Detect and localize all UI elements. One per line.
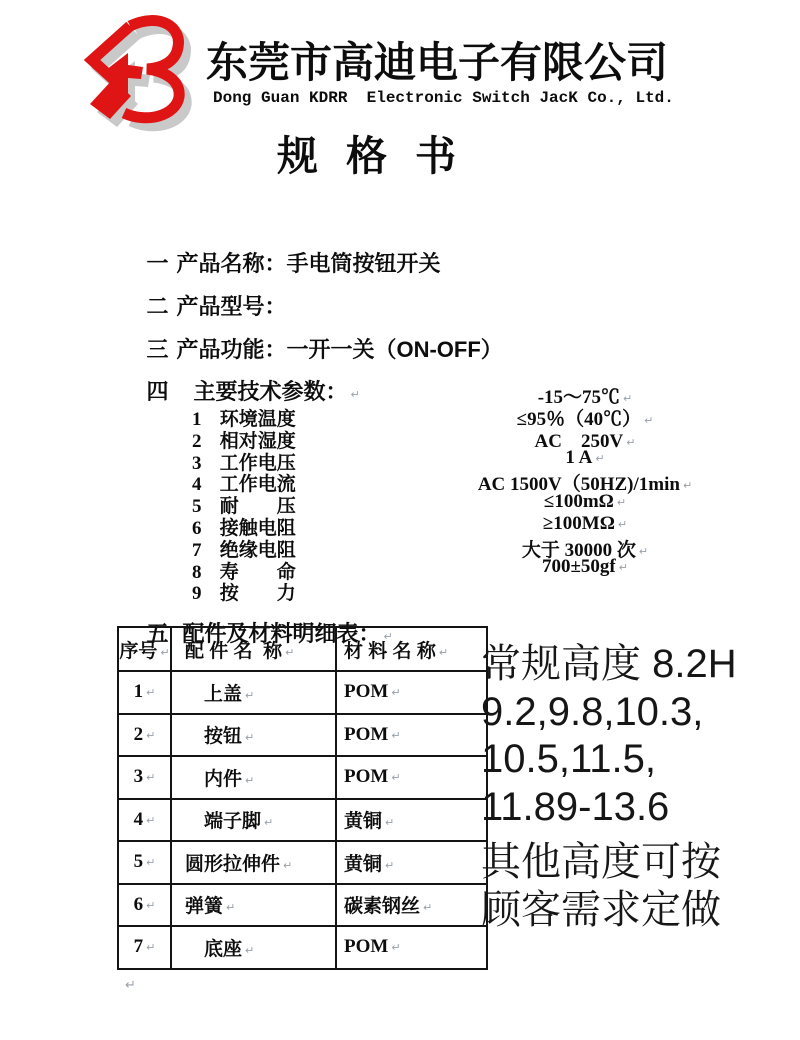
cell-part: 端子脚↵	[171, 799, 336, 842]
cell-text: POM	[344, 724, 388, 745]
paragraph-mark: ↵	[245, 944, 254, 957]
paragraph-mark: ↵	[391, 771, 400, 784]
cell-no: 1↵	[118, 671, 171, 714]
parts-materials-table: 序号↵ 配 件 名 称↵ 材 料 名 称↵ 1↵ 上盖↵ POM↵ 2↵ 按钮↵…	[117, 626, 488, 970]
cell-part: 按钮↵	[171, 714, 336, 757]
cell-text: 5	[134, 851, 144, 872]
paragraph-mark: ↵	[226, 901, 235, 914]
param-row: 7绝缘电阻 ≥100MΩ↵	[158, 513, 758, 535]
note-line: 10.5,11.5,	[481, 736, 781, 784]
table-row: 4↵ 端子脚↵ 黄铜↵	[118, 799, 487, 842]
note-line: 其他高度可按	[481, 839, 781, 887]
cell-part: 底座↵	[171, 926, 336, 969]
paragraph-mark: ↵	[618, 518, 627, 531]
paragraph-mark: ↵	[146, 686, 155, 699]
cell-part: 上盖↵	[171, 671, 336, 714]
cell-part: 圆形拉伸件↵	[171, 841, 336, 884]
paragraph-mark: ↵	[391, 729, 400, 742]
cell-text: 4	[134, 809, 144, 830]
cell-material: POM↵	[336, 671, 487, 714]
paragraph-mark: ↵	[160, 646, 169, 659]
header-text: 序号	[119, 641, 157, 662]
param-value: ≤100mΩ↵	[455, 491, 715, 513]
spec-sheet-page: 东莞市高迪电子有限公司 Dong Guan KDRR Electronic Sw…	[0, 0, 800, 1040]
cell-text: 端子脚	[185, 811, 261, 832]
param-value: ≥100MΩ↵	[455, 513, 715, 535]
table-row: 7↵ 底座↵ POM↵	[118, 926, 487, 969]
cell-material: 碳素钢丝↵	[336, 884, 487, 927]
cell-text: 底座	[185, 939, 242, 960]
note-line: 常规高度 8.2H	[481, 641, 781, 689]
tech-parameter-list: 1环境温度 -15～75℃↵ 2相对湿度 ≤95％（40℃）↵ 3工作电压 AC…	[158, 382, 758, 578]
param-row: 5耐 压 AC 1500V（50HZ)/1min↵	[158, 469, 758, 491]
doc-title: 规格书	[277, 123, 484, 182]
param-row: 2相对湿度 ≤95％（40℃）↵	[158, 404, 758, 426]
cell-no: 4↵	[118, 799, 171, 842]
cell-no: 5↵	[118, 841, 171, 884]
paragraph-mark: ↵	[146, 856, 155, 869]
param-row: 8寿 命 大于 30000 次↵	[158, 535, 758, 557]
cell-text: 内件	[185, 769, 242, 790]
param-row: 9按 力 700±50gf↵	[158, 556, 758, 578]
cell-text: POM	[344, 766, 388, 787]
paragraph-mark: ↵	[423, 901, 432, 914]
cell-text: 2	[134, 724, 144, 745]
param-row: 1环境温度 -15～75℃↵	[158, 382, 758, 404]
cell-no: 7↵	[118, 926, 171, 969]
cell-no: 3↵	[118, 756, 171, 799]
table-row: 3↵ 内件↵ POM↵	[118, 756, 487, 799]
cell-text: 1	[134, 681, 144, 702]
cell-material: POM↵	[336, 714, 487, 757]
param-row: 6接触电阻 ≤100mΩ↵	[158, 491, 758, 513]
param-value-text: ≥100MΩ	[543, 513, 615, 534]
table-row: 6↵ 弹簧↵ 碳素钢丝↵	[118, 884, 487, 927]
company-name-cn: 东莞市高迪电子有限公司	[206, 30, 668, 90]
cell-text: 碳素钢丝	[344, 896, 420, 917]
note-line: 11.89-13.6	[481, 784, 781, 832]
cell-text: 黄铜	[344, 811, 382, 832]
header-text: 材 料 名 称	[344, 641, 436, 662]
cell-text: 6	[134, 894, 144, 915]
paragraph-mark: ↵	[595, 452, 604, 465]
paragraph-mark: ↵	[283, 859, 292, 872]
table-row: 1↵ 上盖↵ POM↵	[118, 671, 487, 714]
paragraph-mark: ↵	[146, 941, 155, 954]
table-row: 2↵ 按钮↵ POM↵	[118, 714, 487, 757]
param-value-text: 700±50gf	[542, 556, 616, 577]
header-text: 配 件 名 称	[185, 641, 282, 662]
cell-text: 圆形拉伸件	[185, 854, 280, 875]
param-value-text: ≤100mΩ	[544, 491, 614, 512]
table-header-row: 序号↵ 配 件 名 称↵ 材 料 名 称↵	[118, 627, 487, 671]
paragraph-mark: ↵	[245, 689, 254, 702]
cell-material: POM↵	[336, 926, 487, 969]
cell-text: 3	[134, 766, 144, 787]
cell-material: 黄铜↵	[336, 841, 487, 884]
paragraph-mark: ↵	[439, 646, 448, 659]
param-row: 3工作电压 AC 250V↵	[158, 426, 758, 448]
company-logo-icon	[80, 10, 196, 136]
paragraph-mark: ↵	[146, 771, 155, 784]
param-row: 4工作电流 1 A↵	[158, 447, 758, 469]
cell-text: POM	[344, 936, 388, 957]
table-row: 5↵ 圆形拉伸件↵ 黄铜↵	[118, 841, 487, 884]
cell-no: 6↵	[118, 884, 171, 927]
height-note-custom: 其他高度可按 顾客需求定做	[481, 839, 781, 934]
cell-material: 黄铜↵	[336, 799, 487, 842]
note-line: 顾客需求定做	[481, 887, 781, 935]
paragraph-mark: ↵	[391, 941, 400, 954]
paragraph-mark: ↵	[391, 686, 400, 699]
paragraph-mark: ↵	[385, 859, 394, 872]
cell-text: 上盖	[185, 684, 242, 705]
company-logo	[80, 10, 196, 136]
paragraph-mark: ↵	[125, 978, 136, 993]
company-name-en: Dong Guan KDRR Electronic Switch JacK Co…	[213, 89, 674, 107]
paragraph-mark: ↵	[619, 561, 628, 574]
header-cell-material: 材 料 名 称↵	[336, 627, 487, 671]
cell-text: 黄铜	[344, 854, 382, 875]
cell-text: 弹簧	[185, 896, 223, 917]
paragraph-mark: ↵	[146, 899, 155, 912]
cell-text: 7	[134, 936, 144, 957]
height-note-standard: 常规高度 8.2H 9.2,9.8,10.3, 10.5,11.5, 11.89…	[481, 641, 781, 831]
cell-part: 内件↵	[171, 756, 336, 799]
cell-text: POM	[344, 681, 388, 702]
param-value-text: 1 A	[565, 447, 592, 468]
cell-material: POM↵	[336, 756, 487, 799]
param-value: 700±50gf↵	[455, 556, 715, 578]
paragraph-mark: ↵	[617, 496, 626, 509]
paragraph-mark: ↵	[245, 774, 254, 787]
height-note: 常规高度 8.2H 9.2,9.8,10.3, 10.5,11.5, 11.89…	[481, 641, 781, 934]
paragraph-mark: ↵	[146, 814, 155, 827]
paragraph-mark: ↵	[146, 729, 155, 742]
paragraph-mark: ↵	[264, 816, 273, 829]
cell-no: 2↵	[118, 714, 171, 757]
note-line: 9.2,9.8,10.3,	[481, 689, 781, 737]
param-value: 1 A↵	[455, 447, 715, 469]
cell-text: 按钮	[185, 726, 242, 747]
header-cell-no: 序号↵	[118, 627, 171, 671]
header-cell-part: 配 件 名 称↵	[171, 627, 336, 671]
cell-part: 弹簧↵	[171, 884, 336, 927]
paragraph-mark: ↵	[285, 646, 294, 659]
paragraph-mark: ↵	[385, 816, 394, 829]
paragraph-mark: ↵	[245, 731, 254, 744]
